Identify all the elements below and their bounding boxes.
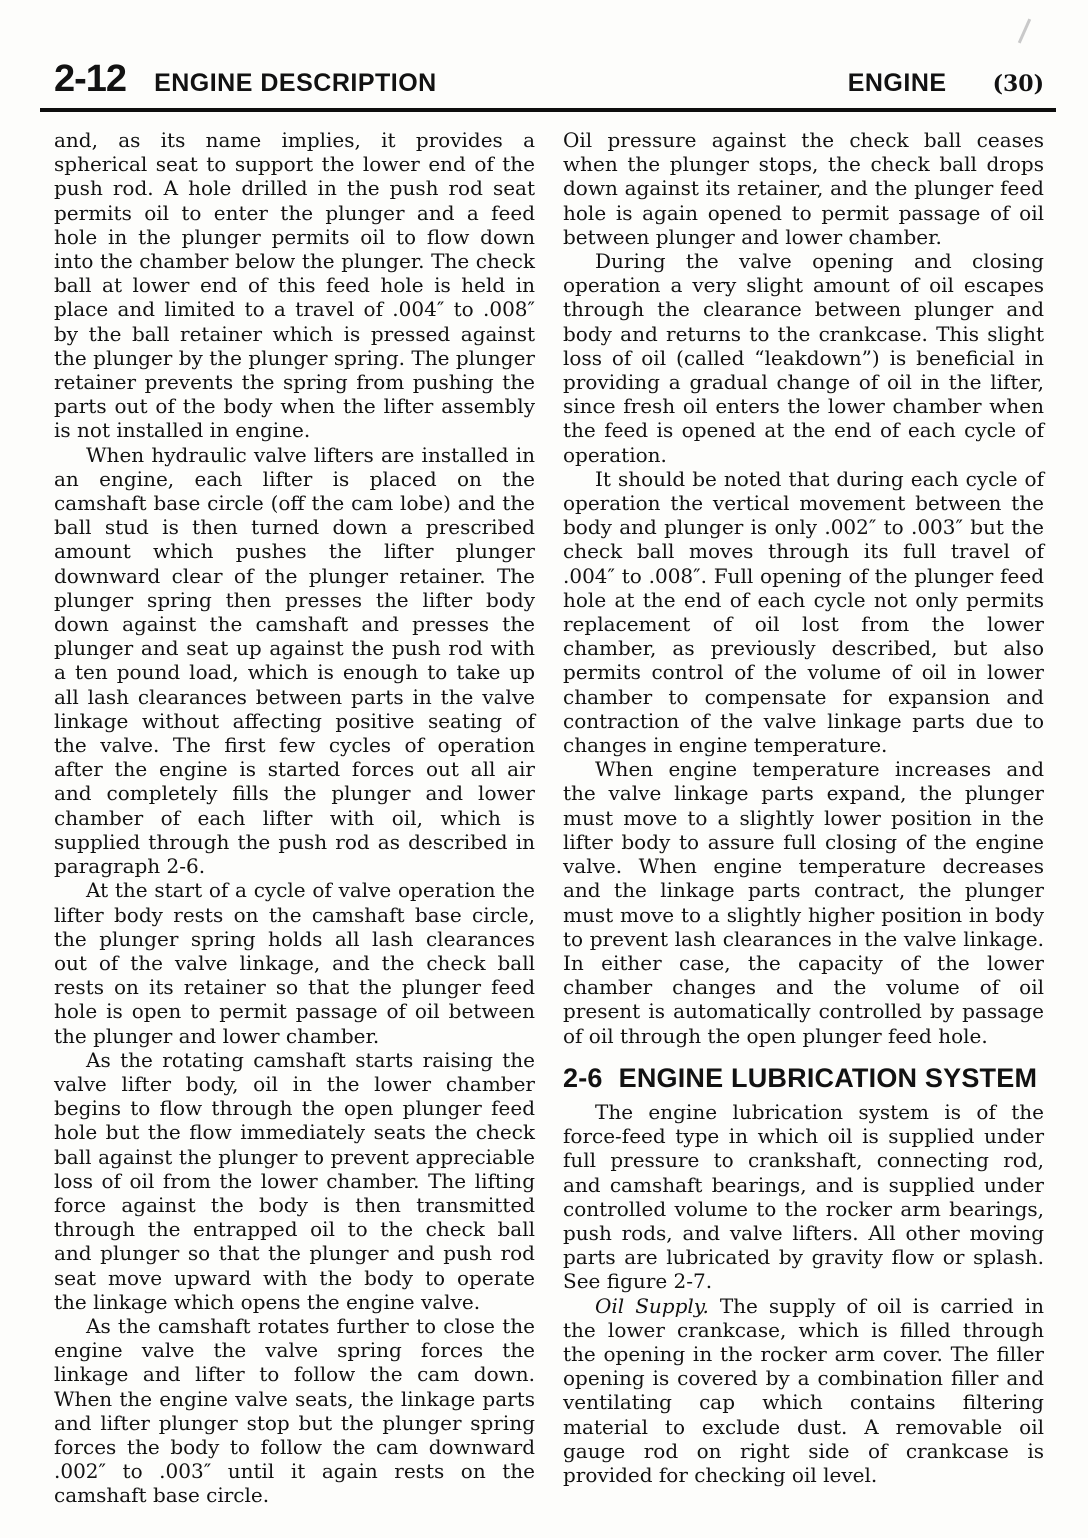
section-heading-title: ENGINE LUBRICATION SYSTEM <box>619 1063 1038 1093</box>
section-heading: 2-6ENGINE LUBRICATION SYSTEM <box>563 1066 1044 1090</box>
paragraph: At the start of a cycle of valve operati… <box>54 878 535 1047</box>
paragraph: Oil pressure against the check ball ceas… <box>563 128 1044 249</box>
paragraph: As the rotating camshaft starts raising … <box>54 1048 535 1314</box>
page-number: (30) <box>993 71 1044 97</box>
paragraph: As the camshaft rotates further to close… <box>54 1314 535 1508</box>
paragraph: During the valve opening and closing ope… <box>563 249 1044 467</box>
paragraph: It should be noted that during each cycl… <box>563 467 1044 757</box>
section-title: ENGINE DESCRIPTION <box>154 69 437 98</box>
oil-supply-text: The supply of oil is carried in the lowe… <box>563 1294 1044 1487</box>
page-content: and, as its name implies, it provides a … <box>54 128 1044 1508</box>
page-header: 2-12 ENGINE DESCRIPTION ENGINE (30) <box>54 58 1044 101</box>
oil-supply-lead: Oil Supply. <box>595 1294 709 1318</box>
right-column: Oil pressure against the check ball ceas… <box>563 128 1044 1508</box>
left-column: and, as its name implies, it provides a … <box>54 128 535 1508</box>
section-code: 2-12 <box>54 58 126 101</box>
section-heading-number: 2-6 <box>563 1063 603 1093</box>
group-title: ENGINE <box>848 69 947 98</box>
header-rule <box>40 108 1056 112</box>
paragraph: and, as its name implies, it provides a … <box>54 128 535 443</box>
paragraph: When engine temperature increases and th… <box>563 757 1044 1047</box>
paragraph: When hydraulic valve lifters are install… <box>54 443 535 879</box>
manual-page: 2-12 ENGINE DESCRIPTION ENGINE (30) and,… <box>0 0 1088 1538</box>
paragraph: Oil Supply. The supply of oil is carried… <box>563 1294 1044 1488</box>
scan-artifact <box>1018 19 1031 44</box>
paragraph: The engine lubrication system is of the … <box>563 1100 1044 1294</box>
